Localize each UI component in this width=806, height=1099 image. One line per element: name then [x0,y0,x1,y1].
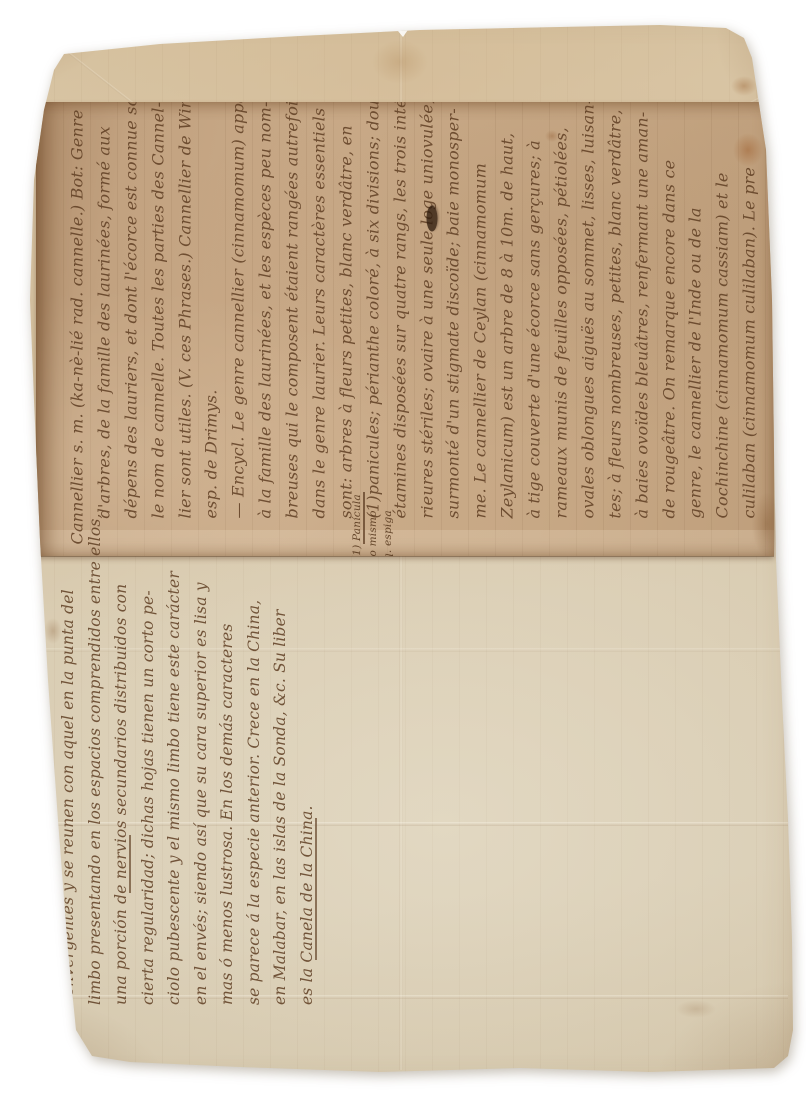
photo-background: Cannellier s. m. (ka-nè-lié rad. cannell… [0,0,806,1099]
manuscript-line: me. Le cannellier de Ceylan (cinnamomum [468,102,495,545]
margin-footnote-block: (1) Panículalo mismoq. espiga [350,453,397,556]
manuscript-line: Zeylanicum) est un arbre de 8 à 10m. de … [495,102,522,545]
manuscript-line: limbo presentando en los espacios compre… [82,570,109,1005]
manuscript-line: ovales oblongues aiguës au sommet, lisse… [575,102,602,545]
manuscript-line: cierta regularidad; dichas hojas tienen … [135,570,162,1005]
manuscript-line: en Malabar, en las islas de la Sonda, &c… [267,570,294,1005]
manuscript-line: à baies ovoïdes bleuâtres, renfermant un… [629,102,656,545]
manuscript-line: breuses qui le composent étaient rangées… [280,102,307,545]
manuscript-line: en el envés; siendo así que su cara supe… [188,570,215,1005]
document-sheet-wrapper: Cannellier s. m. (ka-nè-lié rad. cannell… [0,0,806,1099]
manuscript-line: — Encycl. Le genre cannellier (cinnamomu… [226,102,253,545]
manuscript-line: Cannellier s. m. (ka-nè-lié rad. cannell… [65,102,92,545]
manuscript-line: mas ó menos lustrosa. En los demás carac… [214,570,241,1005]
manuscript-line: q. espiga [381,453,397,556]
manuscript-line: à tige couverte d'une écorce sans gerçur… [522,102,549,545]
manuscript-line: ciolo pubescente y el mismo limbo tiene … [161,570,188,1005]
manuscript-line: de rougeâtre. On remarque encore dans ce [656,102,683,545]
manuscript-line: le nom de cannelle. Toutes les parties d… [145,102,172,545]
manuscript-line: tes; à fleurs nombreuses, petites, blanc… [602,102,629,545]
manuscript-line: dépens des lauriers, et dont l'écorce es… [118,102,145,545]
underline-mark [363,492,365,544]
manuscript-line: rieures stériles; ovaire à une seule log… [414,102,441,545]
manuscript-line: esp. de Drimys. [199,102,226,545]
pasted-inner-page: Cannellier s. m. (ka-nè-lié rad. cannell… [36,102,774,556]
manuscript-line: Cochinchine (cinnamomum cassiam) et le [710,102,737,545]
foxing-stain [731,76,757,96]
underline-mark [315,818,317,960]
manuscript-line: culilaban (cinnamomum culilaban). Le pre [737,102,764,545]
paper-tear [392,24,412,37]
manuscript-line: genre, le cannellier de l'Inde ou de la [683,102,710,545]
spanish-handwriting-block: convergentes y se reunen con aquel en la… [55,570,320,1005]
manuscript-line: lo mismo [366,453,382,556]
ink-blot [427,206,438,232]
manuscript-line: d'arbres, de la famille des laurinées, f… [91,102,118,545]
manuscript-line: rameaux munis de feuilles opposées, péti… [549,102,576,545]
manuscript-line: surmonté d'un stigmate discoïde; baie mo… [441,102,468,545]
french-handwriting-block: Cannellier s. m. (ka-nè-lié rad. cannell… [65,102,765,545]
underline-mark [129,835,131,893]
foxing-stain [676,1000,716,1018]
manuscript-line: convergentes y se reunen con aquel en la… [55,570,82,1005]
manuscript-sheet: Cannellier s. m. (ka-nè-lié rad. cannell… [0,0,806,1099]
manuscript-line: dans le genre laurier. Leurs caractères … [307,102,334,545]
manuscript-line: una porción de nervios secundarios distr… [108,570,135,1005]
foxing-stain [372,40,428,84]
manuscript-line: à la famille des laurinées, et les espèc… [253,102,280,545]
manuscript-line: se parece á la especie anterior. Crece e… [241,570,268,1005]
manuscript-line: lier sont utiles. (V. ces Phrases.) Cann… [172,102,199,545]
